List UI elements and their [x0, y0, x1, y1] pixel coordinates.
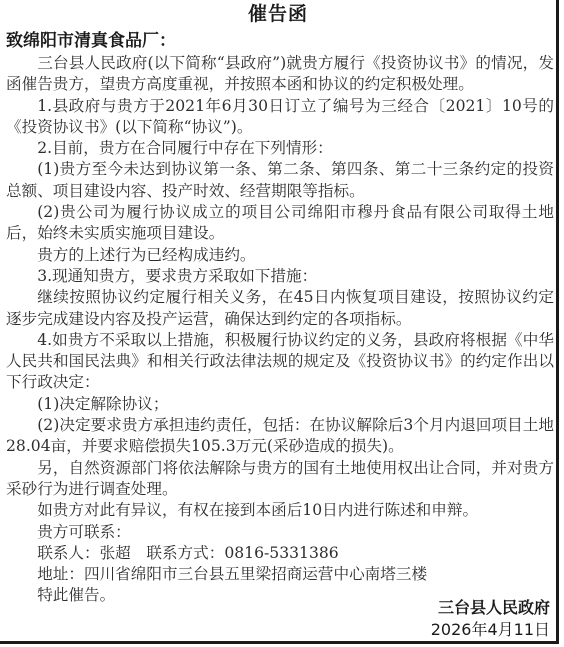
item-4-paragraph: 4.如贵方不采取以上措施，积极履行协议约定的义务，县政府将根据《中华人民共和国民… — [6, 330, 554, 394]
item-2-sub-1: (1)贵方至今未达到协议第一条、第二条、第四条、第二十三条约定的投资总额、项目建… — [6, 159, 554, 202]
contact-person: 联系人：张超 联系方式：0816-5331386 — [6, 543, 554, 564]
notice-document: 催告函 致绵阳市清真食品厂： 三台县人民政府(以下简称“县政府”)就贵方履行《投… — [0, 0, 559, 644]
objection-paragraph: 如贵方对此有异议，有权在接到本函后10日内进行陈述和申辩。 — [6, 500, 554, 521]
item-2-sub-2: (2)贵公司为履行协议成立的项目公司绵阳市穆丹食品有限公司取得土地后，始终未实质… — [6, 202, 554, 245]
item-2-paragraph: 2.目前，贵方在合同履行中存在下列情形： — [6, 138, 554, 159]
notice-title: 催告函 — [0, 2, 556, 26]
issue-date: 2026年4月11日 — [431, 619, 550, 641]
item-3-measures: 继续按照协议约定履行相关义务，在45日内恢复项目建设，按照协议约定逐步完成建设内… — [6, 287, 554, 330]
land-contract-paragraph: 另，自然资源部门将依法解除与贵方的国有土地使用权出让合同，并对贵方采砂行为进行调… — [6, 458, 554, 501]
intro-paragraph: 三台县人民政府(以下简称“县政府”)就贵方履行《投资协议书》的情况，发函催告贵方… — [6, 53, 554, 96]
breach-statement: 贵方的上述行为已经构成违约。 — [6, 245, 554, 266]
item-1-paragraph: 1.县政府与贵方于2021年6月30日订立了编号为三经合〔2021〕10号的《投… — [6, 96, 554, 139]
addressee: 致绵阳市清真食品厂： — [6, 30, 176, 52]
issuer-name: 三台县人民政府 — [431, 597, 550, 619]
signature-block: 三台县人民政府 2026年4月11日 — [431, 597, 550, 641]
notice-body: 三台县人民政府(以下简称“县政府”)就贵方履行《投资协议书》的情况，发函催告贵方… — [6, 53, 554, 607]
contact-address: 地址：四川省绵阳市三台县五里梁招商运营中心南塔三楼 — [6, 564, 554, 585]
item-4-sub-1: (1)决定解除协议； — [6, 394, 554, 415]
item-3-paragraph: 3.现通知贵方，要求贵方采取如下措施： — [6, 266, 554, 287]
item-4-sub-2: (2)决定要求贵方承担违约责任，包括：在协议解除后3个月内退回项目土地28.04… — [6, 415, 554, 458]
contact-heading: 贵方可联系： — [6, 522, 554, 543]
